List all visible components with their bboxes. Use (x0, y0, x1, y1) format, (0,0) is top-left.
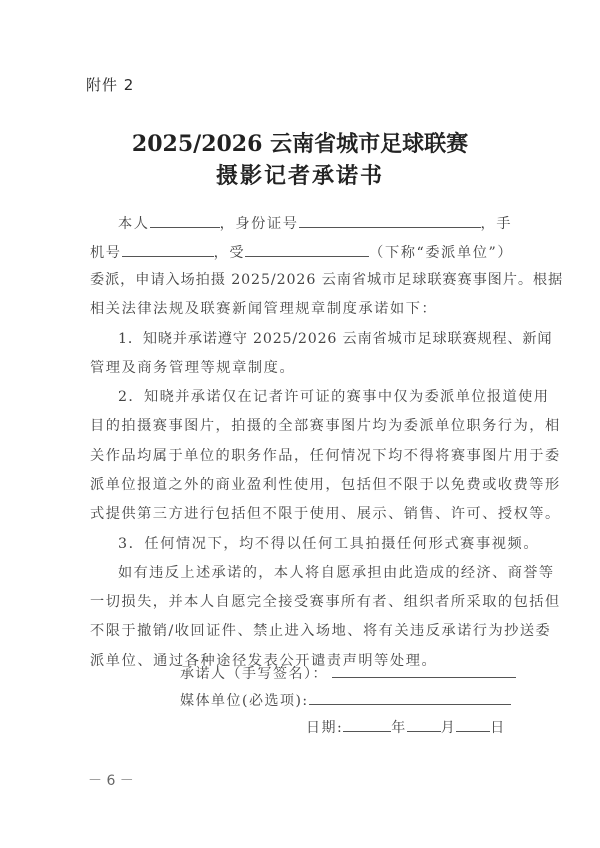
id-number-blank[interactable] (299, 213, 481, 228)
penalty-line-2: 一切损失，并本人自愿完全接受赛事所有者、组织者所采取的包括但 (90, 593, 510, 611)
label-assigned-by: ，受 (214, 245, 246, 261)
day-label: 日 (490, 720, 506, 736)
day-blank[interactable] (456, 717, 490, 732)
label-name: 本人 (118, 216, 150, 232)
attachment-label: 附件 2 (86, 74, 134, 95)
item-2-line-5: 式提供第三方进行包括但不限于使用、展示、销售、许可、授权等。 (90, 505, 510, 523)
intro-line-4: 相关法律法规及联赛新闻管理规章制度承诺如下： (90, 300, 510, 318)
media-unit-row: 媒体单位(必选项): (180, 690, 511, 710)
signer-row: 承诺人（手写签名）： (180, 663, 516, 683)
media-unit-label: 媒体单位(必选项): (180, 693, 309, 709)
year-blank[interactable] (343, 717, 391, 732)
document-title-line2: 摄影记者承诺书 (0, 159, 600, 190)
month-label: 月 (441, 720, 457, 736)
signer-signature-blank[interactable] (332, 663, 516, 678)
phone-blank[interactable] (122, 242, 214, 257)
document-title-line1: 2025/2026 云南省城市足球联赛 (0, 127, 600, 158)
label-assigning-unit: （下称“委派单位”） (369, 245, 513, 261)
item-2-line-3: 关作品均属于单位的职务作品，任何情况下均不得将赛事图片用于委 (90, 447, 510, 465)
year-label: 年 (391, 720, 407, 736)
penalty-line-3: 不限于撤销/收回证件、禁止进入场地、将有关违反承诺行为抄送委 (90, 622, 510, 640)
label-phone-end: 机号 (90, 245, 122, 261)
item-2-line-4: 派单位报道之外的商业盈利性使用，包括但不限于以免费或收费等形 (90, 476, 510, 494)
intro-line-2: 机号，受（下称“委派单位”） (90, 242, 510, 262)
item-1-line-2: 管理及商务管理等规章制度。 (90, 359, 510, 377)
label-phone-start: ，手 (481, 216, 513, 232)
item-1-line-1: 1．知晓并承诺遵守 2025/2026 云南省城市足球联赛规程、新闻 (118, 330, 538, 348)
month-blank[interactable] (407, 717, 441, 732)
name-blank[interactable] (150, 213, 220, 228)
media-unit-blank[interactable] (309, 690, 511, 705)
date-label: 日期: (306, 720, 343, 736)
label-id-number: ，身份证号 (220, 216, 299, 232)
penalty-line-1: 如有违反上述承诺的，本人将自愿承担由此造成的经济、商誉等 (118, 564, 538, 582)
item-2-line-1: 2．知晓并承诺仅在记者许可证的赛事中仅为委派单位报道使用 (118, 388, 538, 406)
item-2-line-2: 目的拍摄赛事图片，拍摄的全部赛事图片均为委派单位职务行为，相 (90, 417, 510, 435)
intro-line-3: 委派，申请入场拍摄 2025/2026 云南省城市足球联赛赛事图片。根据 (90, 271, 510, 289)
page-number: － 6 － (88, 770, 134, 790)
date-row: 日期:年月日 (306, 717, 506, 737)
signer-label: 承诺人（手写签名）： (180, 666, 328, 682)
item-3-line-1: 3．任何情况下，均不得以任何工具拍摄任何形式赛事视频。 (118, 535, 538, 553)
assigning-unit-blank[interactable] (245, 242, 369, 257)
intro-line-1: 本人，身份证号，手 (118, 213, 538, 233)
